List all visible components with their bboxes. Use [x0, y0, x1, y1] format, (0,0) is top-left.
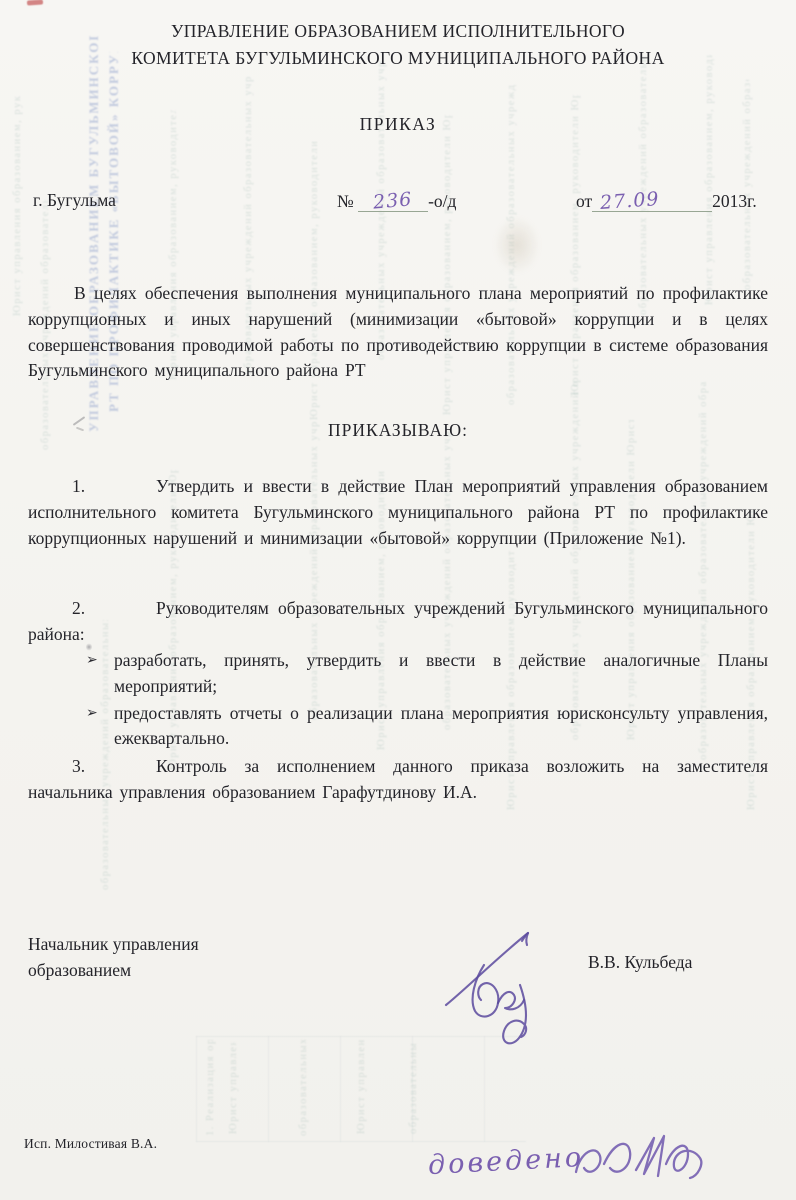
number-blank-line: 236: [358, 189, 428, 212]
org-header-line1: УПРАВЛЕНИЕ ОБРАЗОВАНИЕМ ИСПОЛНИТЕЛЬНОГО: [28, 18, 768, 45]
bleedthrough-text: Юрист управления образованием, руководит…: [704, 55, 715, 305]
bleedthrough-text: образовательных учреждений образовательн…: [742, 80, 753, 290]
scanned-order-document: УПРАВЛЕНИЕ ОБРАЗОВАНИЕМ БУГУЛЬМИНСКОГО М…: [0, 0, 796, 1200]
bullet-text: разработать, принять, утвердить и ввести…: [114, 650, 768, 696]
order-number-handwritten: 236: [373, 188, 414, 213]
preamble-paragraph: В целях обеспечения выполнения муниципал…: [28, 281, 768, 384]
resolution-word: ПРИКАЗЫВАЮ:: [28, 420, 768, 441]
date-blank-line: 27.09: [592, 189, 712, 212]
city-label: г. Бугульма: [33, 190, 116, 211]
number-suffix: -о/д: [428, 191, 456, 211]
org-header: УПРАВЛЕНИЕ ОБРАЗОВАНИЕМ ИСПОЛНИТЕЛЬНОГО …: [28, 18, 768, 72]
signoff-name: В.В. Кульбеда: [588, 952, 778, 973]
order-date-handwritten: 27.09: [600, 188, 661, 214]
scan-artifact-red-speck: [27, 0, 43, 6]
order-item-3: 3.Контроль за исполнением данного приказ…: [28, 754, 768, 806]
item-number: 2.: [72, 596, 156, 622]
bleedthrough-text: Юрист управления образованием, руководит…: [356, 1040, 367, 1134]
bleedthrough-text: образовательных учреждений образовательн…: [298, 1040, 309, 1136]
arrow-bullet-icon: ➢: [86, 648, 98, 674]
bleedthrough-text: Юрист управления образованием, руководит…: [228, 1042, 239, 1134]
date-year: 2013г.: [712, 191, 757, 211]
bleedthrough-table-lines: [196, 1036, 526, 1142]
item-2-bullets: ➢ разработать, принять, утвердить и ввес…: [28, 648, 768, 753]
bullet-text: предоставлять отчеты о реализации плана …: [114, 703, 768, 749]
order-number-group: № 236-о/д: [337, 190, 456, 213]
bullet-item: ➢ разработать, принять, утвердить и ввес…: [86, 648, 768, 700]
signoff-position-line1: Начальник управления: [28, 931, 328, 957]
order-item-2: 2.Руководителям образовательных учрежден…: [28, 596, 768, 648]
bullet-item: ➢ предоставлять отчеты о реализации план…: [86, 701, 768, 753]
executor-line: Исп. Милостивая В.А.: [24, 1136, 157, 1152]
meta-row: г. Бугульма № 236-о/д от27.092013г.: [0, 188, 796, 228]
handwritten-note: доведено: [427, 1142, 585, 1181]
signoff-position-line2: образованием: [28, 957, 328, 983]
arrow-bullet-icon: ➢: [86, 701, 98, 727]
bleedthrough-text: образовательных учреждений образовательн…: [408, 1042, 419, 1134]
order-item-1: 1.Утвердить и ввести в действие План мер…: [28, 474, 768, 551]
number-label: №: [337, 191, 354, 211]
bleedthrough-text: 1. Реализация организационных мер 1. Реа…: [205, 1040, 216, 1136]
item-number: 1.: [72, 474, 156, 500]
date-label: от: [576, 191, 592, 211]
document-title: ПРИКАЗ: [28, 114, 768, 135]
org-header-line2: КОМИТЕТА БУГУЛЬМИНСКОГО МУНИЦИПАЛЬНОГО Р…: [28, 45, 768, 72]
signoff-position: Начальник управления образованием: [28, 931, 328, 983]
signature-ink: [440, 925, 560, 1045]
bleedthrough-text: образовательных учреждений образовательн…: [638, 55, 649, 315]
order-date-group: от27.092013г.: [576, 190, 757, 213]
handwritten-scribble-ink: [570, 1132, 730, 1192]
item-number: 3.: [72, 754, 156, 780]
